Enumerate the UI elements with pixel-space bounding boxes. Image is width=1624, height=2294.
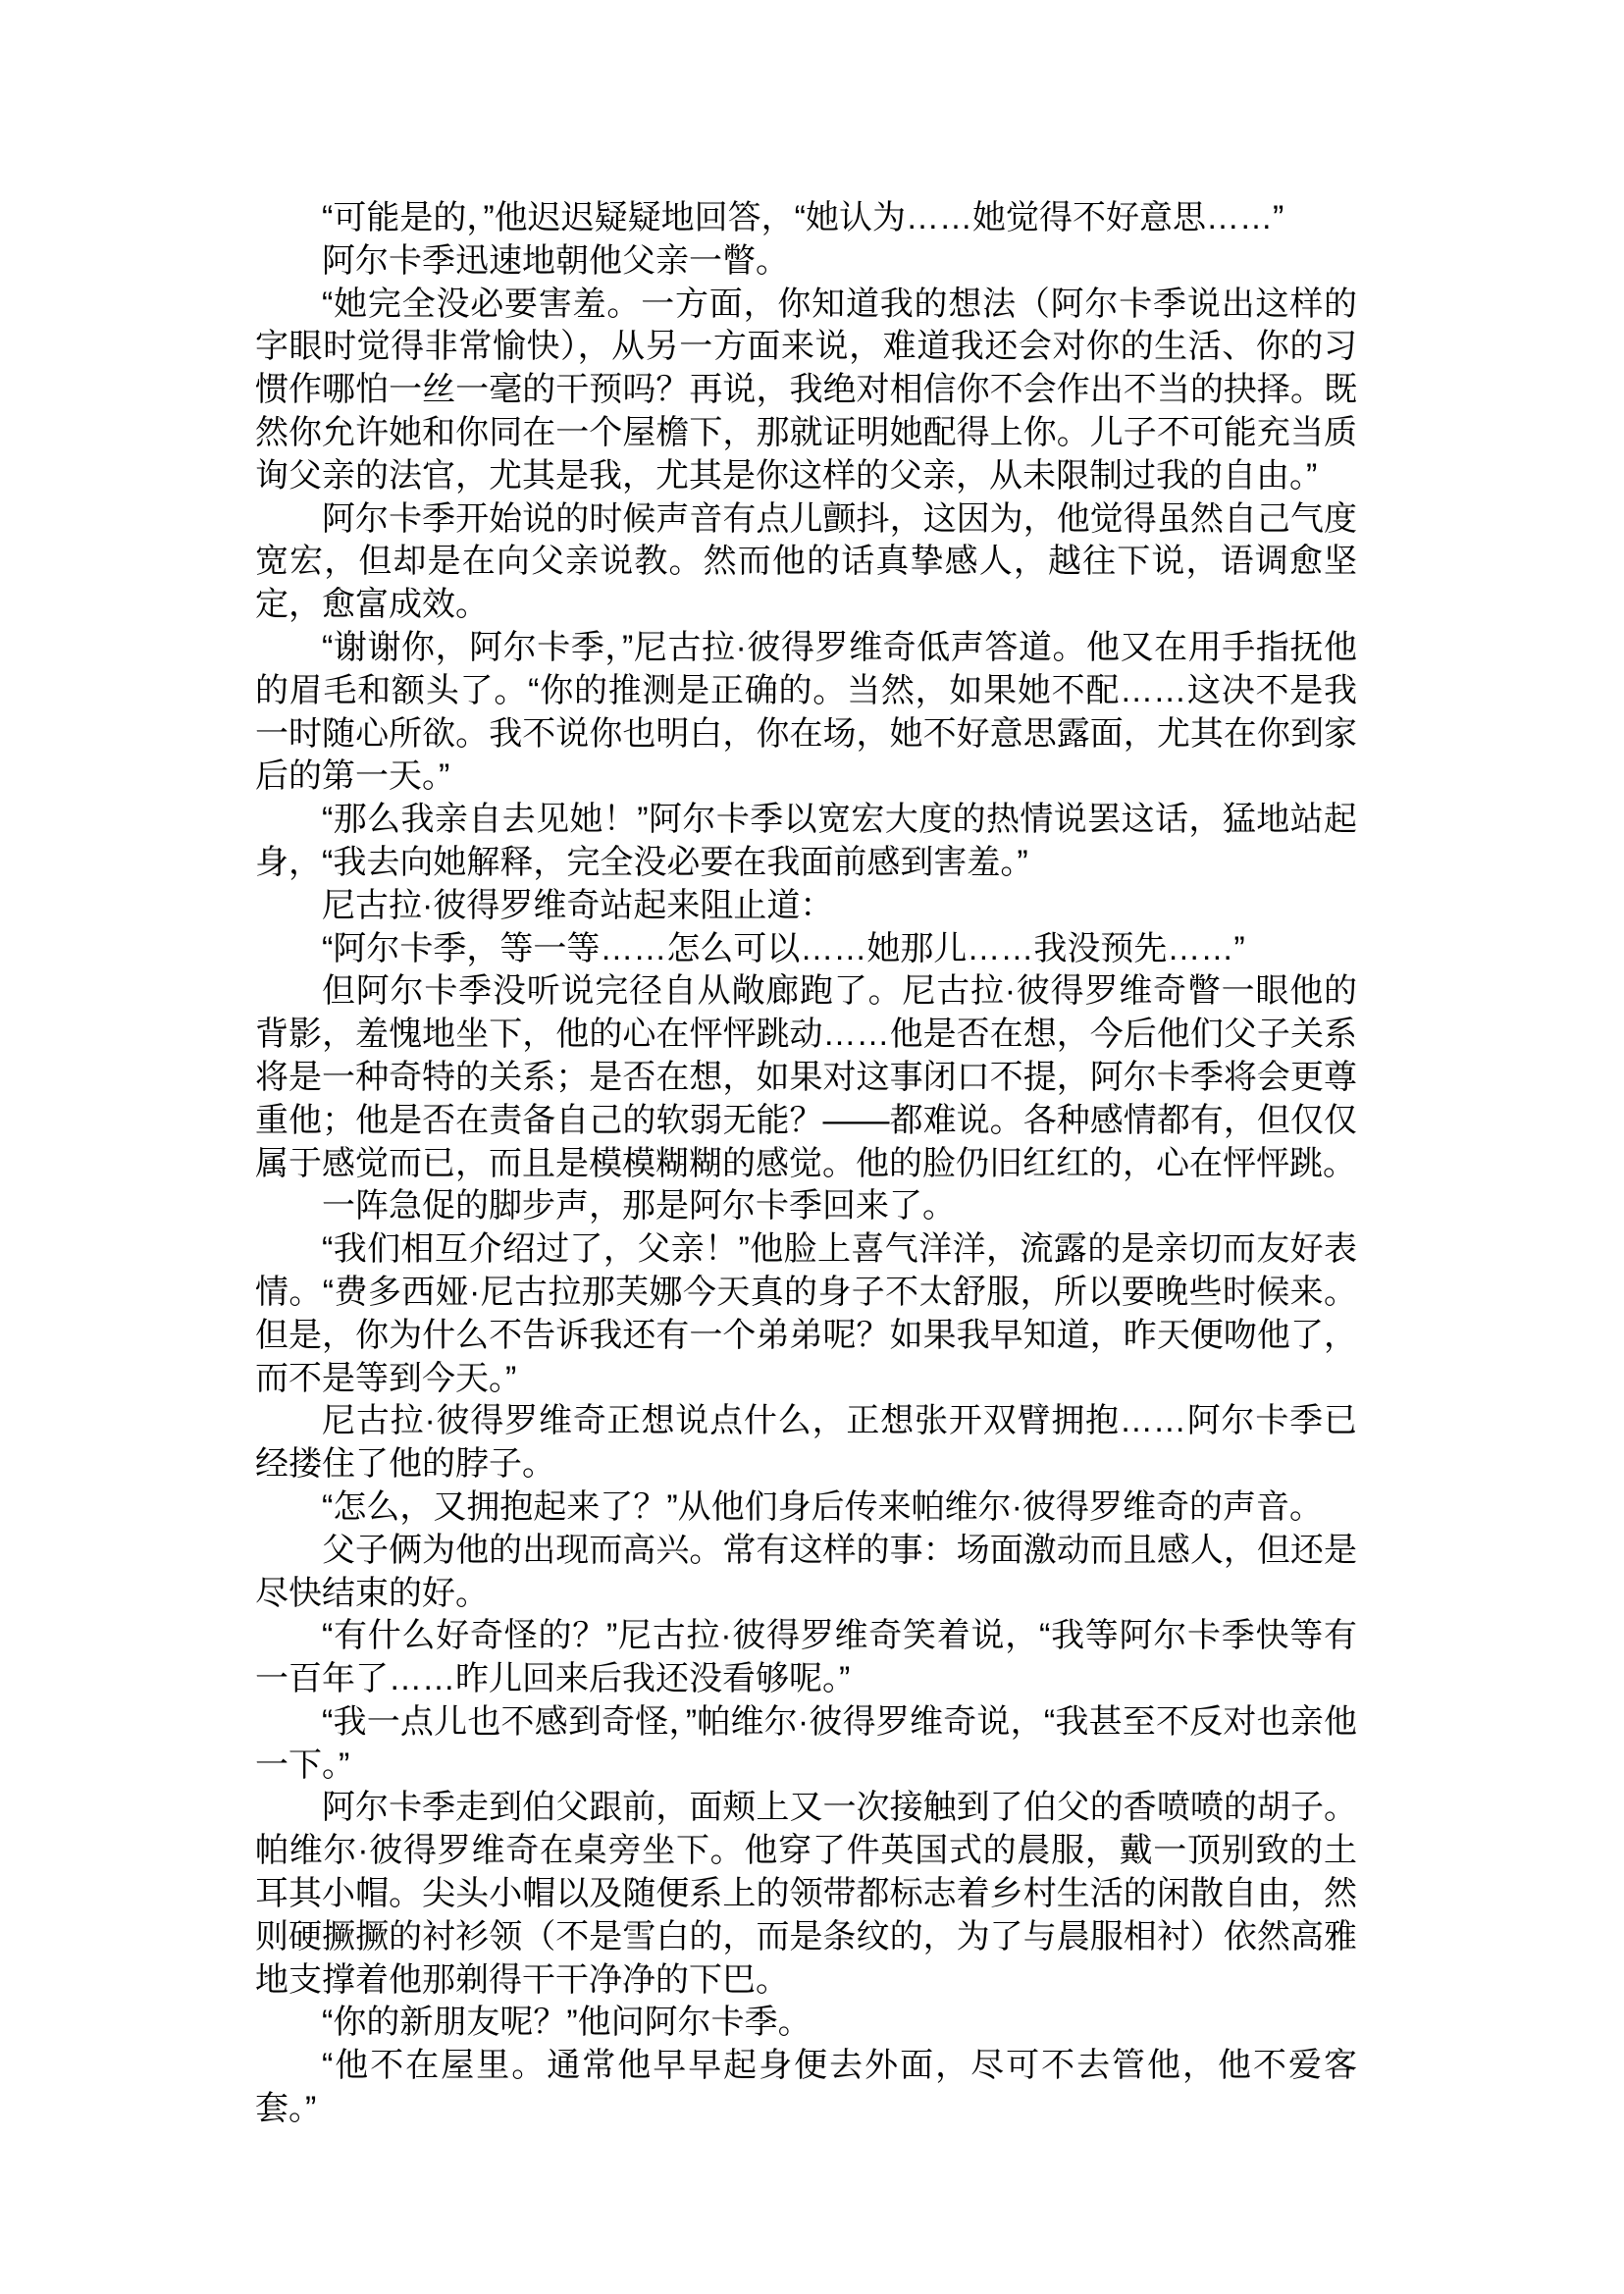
paragraph: “我们相互介绍过了，父亲！”他脸上喜气洋洋，流露的是亲切而友好表情。“费多西娅·…	[255, 1228, 1357, 1400]
document-page: “可能是的，”他迟迟疑疑地回答，“她认为……她觉得不好意思……” 阿尔卡季迅速地…	[0, 0, 1624, 2294]
paragraph: 阿尔卡季开始说的时候声音有点儿颤抖，这因为，他觉得虽然自己气度宽宏，但却是在向父…	[255, 498, 1357, 627]
paragraph: “可能是的，”他迟迟疑疑地回答，“她认为……她觉得不好意思……”	[255, 197, 1357, 240]
paragraph: “谢谢你，阿尔卡季，”尼古拉·彼得罗维奇低声答道。他又在用手指抚他的眉毛和额头了…	[255, 627, 1357, 799]
paragraph: 阿尔卡季走到伯父跟前，面颊上又一次接触到了伯父的香喷喷的胡子。帕维尔·彼得罗维奇…	[255, 1787, 1357, 2002]
paragraph: 尼古拉·彼得罗维奇站起来阻止道：	[255, 885, 1357, 928]
paragraph: 阿尔卡季迅速地朝他父亲一瞥。	[255, 240, 1357, 284]
paragraph: “有什么好奇怪的？”尼古拉·彼得罗维奇笑着说，“我等阿尔卡季快等有一百年了……昨…	[255, 1615, 1357, 1701]
paragraph: “他不在屋里。通常他早早起身便去外面，尽可不去管他，他不爱客套。”	[255, 2045, 1357, 2131]
text-block: “可能是的，”他迟迟疑疑地回答，“她认为……她觉得不好意思……” 阿尔卡季迅速地…	[255, 197, 1357, 2131]
paragraph: 尼古拉·彼得罗维奇正想说点什么，正想张开双臂拥抱……阿尔卡季已经搂住了他的脖子。	[255, 1400, 1357, 1486]
paragraph: 一阵急促的脚步声，那是阿尔卡季回来了。	[255, 1185, 1357, 1228]
paragraph: “怎么，又拥抱起来了？”从他们身后传来帕维尔·彼得罗维奇的声音。	[255, 1486, 1357, 1530]
paragraph: “她完全没必要害羞。一方面，你知道我的想法（阿尔卡季说出这样的字眼时觉得非常愉快…	[255, 284, 1357, 498]
paragraph: “你的新朋友呢？”他问阿尔卡季。	[255, 2002, 1357, 2045]
paragraph: “我一点儿也不感到奇怪，”帕维尔·彼得罗维奇说，“我甚至不反对也亲他一下。”	[255, 1701, 1357, 1788]
paragraph: “阿尔卡季，等一等……怎么可以……她那儿……我没预先……”	[255, 928, 1357, 971]
paragraph: “那么我亲自去见她！”阿尔卡季以宽宏大度的热情说罢这话，猛地站起身，“我去向她解…	[255, 799, 1357, 885]
paragraph: 但阿尔卡季没听说完径自从敞廊跑了。尼古拉·彼得罗维奇瞥一眼他的背影，羞愧地坐下，…	[255, 970, 1357, 1185]
paragraph: 父子俩为他的出现而高兴。常有这样的事：场面激动而且感人，但还是尽快结束的好。	[255, 1530, 1357, 1616]
